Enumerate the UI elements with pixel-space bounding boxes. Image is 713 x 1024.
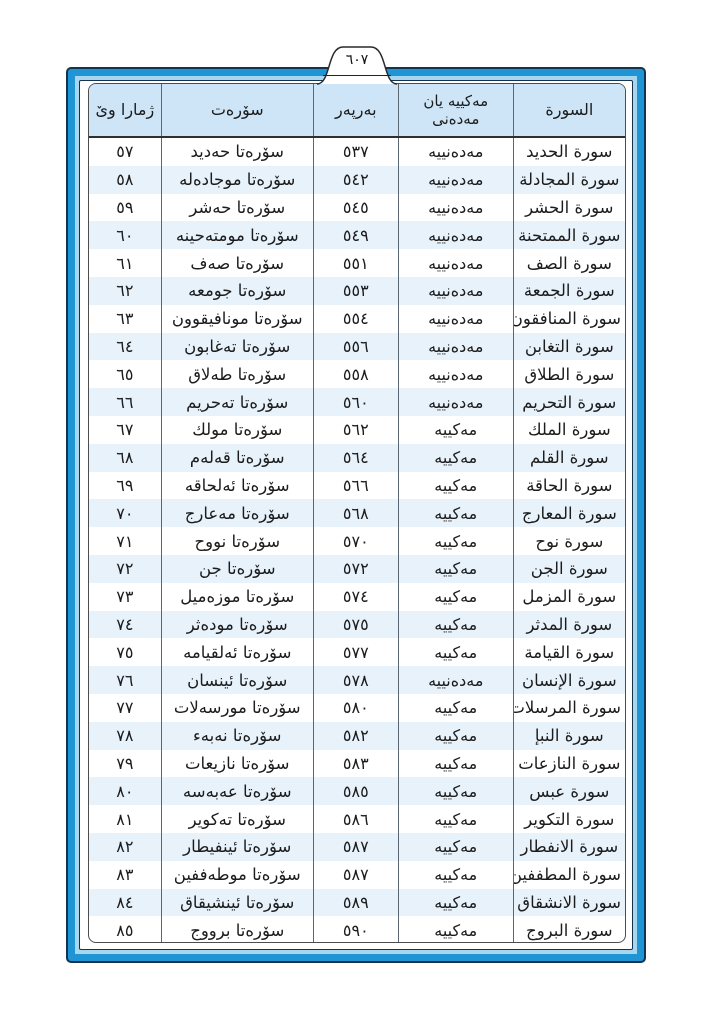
table-row: سورة الجن مەکییە ٥٧٢ سۆرەتا جن ٧٢ bbox=[89, 555, 625, 583]
cell-surah-arabic: سورة النبإ bbox=[513, 722, 625, 750]
cell-surah-number: ٦٤ bbox=[89, 333, 161, 361]
cell-page-number: ٥٨٥ bbox=[313, 777, 398, 805]
cell-revelation-type: مەکییە bbox=[398, 916, 513, 943]
cell-revelation-type: مەکییە bbox=[398, 611, 513, 639]
cell-surah-number: ٥٩ bbox=[89, 194, 161, 222]
surah-index-table: السورة مەکییە یان مەدەنی بەرپەر سۆرەت ژم… bbox=[89, 84, 625, 943]
cell-surah-arabic: سورة الانشقاق bbox=[513, 889, 625, 917]
cell-surah-kurdish: سۆرەتا ئینشیقاق bbox=[161, 889, 313, 917]
cell-surah-arabic: سورة التكوير bbox=[513, 805, 625, 833]
cell-page-number: ٥٣٧ bbox=[313, 137, 398, 166]
page-number: ٦٠٧ bbox=[315, 51, 399, 69]
cell-page-number: ٥٨٧ bbox=[313, 861, 398, 889]
cell-surah-number: ٧٥ bbox=[89, 638, 161, 666]
cell-revelation-type: مەکییە bbox=[398, 638, 513, 666]
cell-revelation-type: مەدەنییە bbox=[398, 221, 513, 249]
table-row: سورة البروج مەکییە ٥٩٠ سۆرەتا برووج ٨٥ bbox=[89, 916, 625, 943]
cell-surah-kurdish: سۆرەتا ئەلقیامە bbox=[161, 638, 313, 666]
cell-surah-kurdish: سۆرەتا مولك bbox=[161, 416, 313, 444]
cell-revelation-type: مەکییە bbox=[398, 694, 513, 722]
cell-surah-arabic: سورة المطففين bbox=[513, 861, 625, 889]
cell-surah-arabic: سورة المرسلات bbox=[513, 694, 625, 722]
cell-surah-number: ٥٨ bbox=[89, 166, 161, 194]
cell-surah-arabic: سورة الحشر bbox=[513, 194, 625, 222]
cell-page-number: ٥٦٤ bbox=[313, 444, 398, 472]
cell-surah-kurdish: سۆرەتا برووج bbox=[161, 916, 313, 943]
cell-surah-number: ٨١ bbox=[89, 805, 161, 833]
table-row: سورة التغابن مەدەنییە ٥٥٦ سۆرەتا تەغابون… bbox=[89, 333, 625, 361]
cell-page-number: ٥٨٧ bbox=[313, 833, 398, 861]
cell-surah-kurdish: سۆرەتا ئینسان bbox=[161, 666, 313, 694]
cell-surah-kurdish: سۆرەتا ئینفیطار bbox=[161, 833, 313, 861]
cell-page-number: ٥٥٦ bbox=[313, 333, 398, 361]
cell-revelation-type: مەدەنییە bbox=[398, 388, 513, 416]
cell-surah-number: ٦٣ bbox=[89, 305, 161, 333]
cell-revelation-type: مەدەنییە bbox=[398, 305, 513, 333]
cell-surah-arabic: سورة الملك bbox=[513, 416, 625, 444]
cell-surah-kurdish: سۆرەتا حەشر bbox=[161, 194, 313, 222]
cell-surah-number: ٥٧ bbox=[89, 137, 161, 166]
cell-surah-arabic: سورة الحاقة bbox=[513, 472, 625, 500]
surah-table-body: سورة الحديد مەدەنییە ٥٣٧ سۆرەتا حەدید ٥٧… bbox=[89, 137, 625, 943]
cell-surah-arabic: سورة الحديد bbox=[513, 137, 625, 166]
cell-surah-kurdish: سۆرەتا جومعە bbox=[161, 277, 313, 305]
page-number-underline bbox=[323, 75, 391, 76]
cell-page-number: ٥٧٧ bbox=[313, 638, 398, 666]
cell-surah-kurdish: سۆرەتا ئەلحاقە bbox=[161, 472, 313, 500]
cell-surah-arabic: سورة نوح bbox=[513, 527, 625, 555]
cell-revelation-type: مەکییە bbox=[398, 583, 513, 611]
table-row: سورة الانشقاق مەکییە ٥٨٩ سۆرەتا ئینشیقاق… bbox=[89, 889, 625, 917]
cell-revelation-type: مەکییە bbox=[398, 777, 513, 805]
cell-page-number: ٥٤٢ bbox=[313, 166, 398, 194]
cell-surah-number: ٦٧ bbox=[89, 416, 161, 444]
cell-surah-kurdish: سۆرەتا موجادەلە bbox=[161, 166, 313, 194]
table-row: سورة النبإ مەکییە ٥٨٢ سۆرەتا نەبەء ٧٨ bbox=[89, 722, 625, 750]
cell-surah-number: ٦٦ bbox=[89, 388, 161, 416]
cell-page-number: ٥٥٨ bbox=[313, 360, 398, 388]
cell-surah-kurdish: سۆرەتا نووح bbox=[161, 527, 313, 555]
cell-surah-number: ٨٥ bbox=[89, 916, 161, 943]
cell-page-number: ٥٨٢ bbox=[313, 722, 398, 750]
table-row: سورة الإنسان مەدەنییە ٥٧٨ سۆرەتا ئینسان … bbox=[89, 666, 625, 694]
cell-page-number: ٥٥٤ bbox=[313, 305, 398, 333]
table-row: سورة المنافقون مەدەنییە ٥٥٤ سۆرەتا موناف… bbox=[89, 305, 625, 333]
header-revelation-type: مەکییە یان مەدەنی bbox=[398, 84, 513, 137]
cell-surah-kurdish: سۆرەتا نەبەء bbox=[161, 722, 313, 750]
cell-surah-kurdish: سۆرەتا مومتەحینە bbox=[161, 221, 313, 249]
cell-page-number: ٥٧٨ bbox=[313, 666, 398, 694]
cell-page-number: ٥٩٠ bbox=[313, 916, 398, 943]
cell-revelation-type: مەکییە bbox=[398, 444, 513, 472]
cell-surah-arabic: سورة القيامة bbox=[513, 638, 625, 666]
cell-surah-arabic: سورة التحريم bbox=[513, 388, 625, 416]
table-row: سورة التحريم مەدەنییە ٥٦٠ سۆرەتا تەحریم … bbox=[89, 388, 625, 416]
cell-page-number: ٥٨٠ bbox=[313, 694, 398, 722]
cell-surah-arabic: سورة المجادلة bbox=[513, 166, 625, 194]
cell-surah-number: ٦٩ bbox=[89, 472, 161, 500]
cell-revelation-type: مەدەنییە bbox=[398, 666, 513, 694]
table-row: سورة الممتحنة مەدەنییە ٥٤٩ سۆرەتا مومتەح… bbox=[89, 221, 625, 249]
cell-revelation-type: مەکییە bbox=[398, 833, 513, 861]
cell-page-number: ٥٥٣ bbox=[313, 277, 398, 305]
cell-surah-number: ٧٧ bbox=[89, 694, 161, 722]
cell-surah-number: ٧٤ bbox=[89, 611, 161, 639]
cell-page-number: ٥٧٠ bbox=[313, 527, 398, 555]
cell-surah-number: ٧٩ bbox=[89, 750, 161, 778]
cell-surah-number: ٦٨ bbox=[89, 444, 161, 472]
cell-page-number: ٥٤٥ bbox=[313, 194, 398, 222]
cell-surah-number: ٧١ bbox=[89, 527, 161, 555]
cell-surah-number: ٦٢ bbox=[89, 277, 161, 305]
table-row: سورة التكوير مەکییە ٥٨٦ سۆرەتا تەکویر ٨١ bbox=[89, 805, 625, 833]
cell-surah-kurdish: سۆرەتا صەف bbox=[161, 249, 313, 277]
cell-surah-arabic: سورة الطلاق bbox=[513, 360, 625, 388]
cell-surah-number: ٦٠ bbox=[89, 221, 161, 249]
cell-revelation-type: مەکییە bbox=[398, 722, 513, 750]
table-frame: السورة مەکییە یان مەدەنی بەرپەر سۆرەت ژم… bbox=[88, 83, 626, 943]
cell-surah-arabic: سورة الجمعة bbox=[513, 277, 625, 305]
table-row: سورة القلم مەکییە ٥٦٤ سۆرەتا قەلەم ٦٨ bbox=[89, 444, 625, 472]
page-number-tab: ٦٠٧ bbox=[315, 45, 399, 85]
cell-surah-arabic: سورة الجن bbox=[513, 555, 625, 583]
table-row: سورة الطلاق مەدەنییە ٥٥٨ سۆرەتا طەلاق ٦٥ bbox=[89, 360, 625, 388]
cell-surah-kurdish: سۆرەتا طەلاق bbox=[161, 360, 313, 388]
cell-surah-number: ٧٢ bbox=[89, 555, 161, 583]
cell-page-number: ٥٤٩ bbox=[313, 221, 398, 249]
cell-page-number: ٥٦٨ bbox=[313, 499, 398, 527]
cell-surah-kurdish: سۆرەتا موزەمیل bbox=[161, 583, 313, 611]
table-row: سورة الحاقة مەکییە ٥٦٦ سۆرەتا ئەلحاقە ٦٩ bbox=[89, 472, 625, 500]
header-surah-number: ژمارا وێ bbox=[89, 84, 161, 137]
cell-surah-arabic: سورة البروج bbox=[513, 916, 625, 943]
cell-revelation-type: مەدەنییە bbox=[398, 249, 513, 277]
cell-surah-arabic: سورة الإنسان bbox=[513, 666, 625, 694]
cell-page-number: ٥٥١ bbox=[313, 249, 398, 277]
cell-surah-arabic: سورة المدثر bbox=[513, 611, 625, 639]
cell-page-number: ٥٧٢ bbox=[313, 555, 398, 583]
cell-surah-number: ٨٣ bbox=[89, 861, 161, 889]
cell-surah-kurdish: سۆرەتا حەدید bbox=[161, 137, 313, 166]
table-row: سورة المعارج مەکییە ٥٦٨ سۆرەتا مەعارج ٧٠ bbox=[89, 499, 625, 527]
cell-surah-arabic: سورة التغابن bbox=[513, 333, 625, 361]
cell-revelation-type: مەدەنییە bbox=[398, 360, 513, 388]
cell-surah-arabic: سورة الممتحنة bbox=[513, 221, 625, 249]
header-row: السورة مەکییە یان مەدەنی بەرپەر سۆرەت ژم… bbox=[89, 84, 625, 137]
cell-surah-arabic: سورة المزمل bbox=[513, 583, 625, 611]
cell-revelation-type: مەدەنییە bbox=[398, 333, 513, 361]
cell-surah-number: ٧٣ bbox=[89, 583, 161, 611]
cell-revelation-type: مەکییە bbox=[398, 805, 513, 833]
cell-page-number: ٥٦٠ bbox=[313, 388, 398, 416]
table-row: سورة الصف مەدەنییە ٥٥١ سۆرەتا صەف ٦١ bbox=[89, 249, 625, 277]
table-row: سورة النازعات مەکییە ٥٨٣ سۆرەتا نازیعات … bbox=[89, 750, 625, 778]
cell-page-number: ٥٧٥ bbox=[313, 611, 398, 639]
cell-surah-kurdish: سۆرەتا قەلەم bbox=[161, 444, 313, 472]
cell-surah-number: ٨٠ bbox=[89, 777, 161, 805]
table-row: سورة الحشر مەدەنییە ٥٤٥ سۆرەتا حەشر ٥٩ bbox=[89, 194, 625, 222]
table-row: سورة عبس مەکییە ٥٨٥ سۆرەتا عەبەسە ٨٠ bbox=[89, 777, 625, 805]
cell-surah-number: ٨٤ bbox=[89, 889, 161, 917]
cell-revelation-type: مەکییە bbox=[398, 555, 513, 583]
cell-page-number: ٥٧٤ bbox=[313, 583, 398, 611]
cell-surah-arabic: سورة الصف bbox=[513, 249, 625, 277]
cell-surah-arabic: سورة عبس bbox=[513, 777, 625, 805]
cell-revelation-type: مەدەنییە bbox=[398, 277, 513, 305]
cell-surah-number: ٧٨ bbox=[89, 722, 161, 750]
table-row: سورة نوح مەکییە ٥٧٠ سۆرەتا نووح ٧١ bbox=[89, 527, 625, 555]
cell-page-number: ٥٦٢ bbox=[313, 416, 398, 444]
cell-surah-arabic: سورة المنافقون bbox=[513, 305, 625, 333]
cell-surah-kurdish: سۆرەتا مودەثر bbox=[161, 611, 313, 639]
cell-surah-arabic: سورة الانفطار bbox=[513, 833, 625, 861]
cell-surah-kurdish: سۆرەتا موطەففین bbox=[161, 861, 313, 889]
cell-page-number: ٥٨٣ bbox=[313, 750, 398, 778]
table-row: سورة الحديد مەدەنییە ٥٣٧ سۆرەتا حەدید ٥٧ bbox=[89, 137, 625, 166]
cell-surah-kurdish: سۆرەتا مونافیقوون bbox=[161, 305, 313, 333]
table-row: سورة الانفطار مەکییە ٥٨٧ سۆرەتا ئینفیطار… bbox=[89, 833, 625, 861]
table-row: سورة الملك مەکییە ٥٦٢ سۆرەتا مولك ٦٧ bbox=[89, 416, 625, 444]
cell-surah-number: ٧٠ bbox=[89, 499, 161, 527]
cell-surah-number: ٧٦ bbox=[89, 666, 161, 694]
cell-surah-arabic: سورة النازعات bbox=[513, 750, 625, 778]
header-page-number: بەرپەر bbox=[313, 84, 398, 137]
cell-surah-arabic: سورة القلم bbox=[513, 444, 625, 472]
cell-surah-kurdish: سۆرەتا مەعارج bbox=[161, 499, 313, 527]
header-surah-kurdish: سۆرەت bbox=[161, 84, 313, 137]
table-row: سورة المدثر مەکییە ٥٧٥ سۆرەتا مودەثر ٧٤ bbox=[89, 611, 625, 639]
cell-revelation-type: مەدەنییە bbox=[398, 137, 513, 166]
cell-surah-kurdish: سۆرەتا نازیعات bbox=[161, 750, 313, 778]
cell-surah-number: ٦٥ bbox=[89, 360, 161, 388]
cell-surah-kurdish: سۆرەتا عەبەسە bbox=[161, 777, 313, 805]
cell-revelation-type: مەکییە bbox=[398, 527, 513, 555]
cell-revelation-type: مەکییە bbox=[398, 416, 513, 444]
cell-surah-kurdish: سۆرەتا مورسەلات bbox=[161, 694, 313, 722]
cell-page-number: ٥٨٩ bbox=[313, 889, 398, 917]
header-surah-arabic: السورة bbox=[513, 84, 625, 137]
cell-revelation-type: مەکییە bbox=[398, 499, 513, 527]
table-row: سورة المجادلة مەدەنییە ٥٤٢ سۆرەتا موجادە… bbox=[89, 166, 625, 194]
table-row: سورة القيامة مەکییە ٥٧٧ سۆرەتا ئەلقیامە … bbox=[89, 638, 625, 666]
cell-surah-kurdish: سۆرەتا جن bbox=[161, 555, 313, 583]
table-row: سورة المطففين مەکییە ٥٨٧ سۆرەتا موطەففین… bbox=[89, 861, 625, 889]
cell-revelation-type: مەکییە bbox=[398, 889, 513, 917]
cell-surah-kurdish: سۆرەتا تەغابون bbox=[161, 333, 313, 361]
cell-revelation-type: مەکییە bbox=[398, 750, 513, 778]
cell-surah-kurdish: سۆرەتا تەکویر bbox=[161, 805, 313, 833]
cell-surah-kurdish: سۆرەتا تەحریم bbox=[161, 388, 313, 416]
cell-surah-number: ٨٢ bbox=[89, 833, 161, 861]
book-page: ٦٠٧ السورة مەکییە یان مەدەنی بەرپەر سۆرە… bbox=[0, 0, 713, 1024]
cell-revelation-type: مەکییە bbox=[398, 861, 513, 889]
cell-surah-number: ٦١ bbox=[89, 249, 161, 277]
cell-revelation-type: مەدەنییە bbox=[398, 166, 513, 194]
table-row: سورة الجمعة مەدەنییە ٥٥٣ سۆرەتا جومعە ٦٢ bbox=[89, 277, 625, 305]
cell-page-number: ٥٦٦ bbox=[313, 472, 398, 500]
cell-revelation-type: مەدەنییە bbox=[398, 194, 513, 222]
table-row: سورة المرسلات مەکییە ٥٨٠ سۆرەتا مورسەلات… bbox=[89, 694, 625, 722]
cell-revelation-type: مەکییە bbox=[398, 472, 513, 500]
cell-surah-arabic: سورة المعارج bbox=[513, 499, 625, 527]
cell-page-number: ٥٨٦ bbox=[313, 805, 398, 833]
table-row: سورة المزمل مەکییە ٥٧٤ سۆرەتا موزەمیل ٧٣ bbox=[89, 583, 625, 611]
